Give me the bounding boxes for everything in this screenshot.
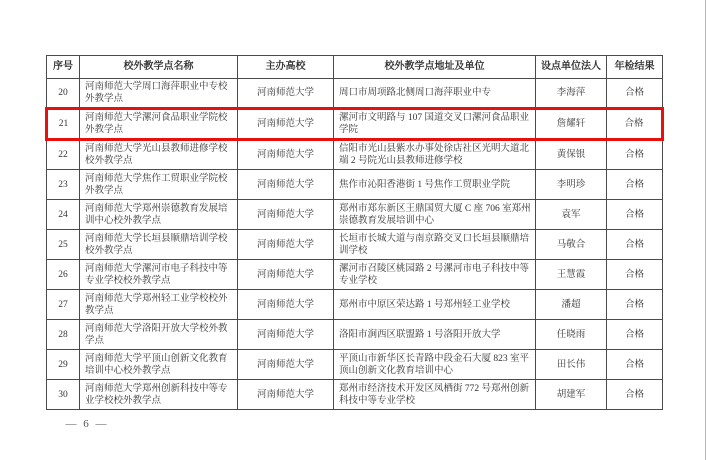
cell-result: 合格 xyxy=(607,170,663,200)
cell-name: 河南师范大学郑州轻工业学校校外教学点 xyxy=(80,290,238,320)
cell-num: 30 xyxy=(47,380,80,410)
table-row: 26河南师范大学漯河市电子科技中等专业学校校外教学点河南师范大学漯河市召陵区桃园… xyxy=(47,260,663,290)
cell-result: 合格 xyxy=(607,380,663,410)
table-body: 20河南师范大学周口海萍职业中专校外教学点河南师范大学周口市周项路北侧周口海萍职… xyxy=(47,79,663,410)
table-row: 24河南师范大学郑州崇德教育发展培训中心校外教学点河南师范大学郑州市郑东新区王鼎… xyxy=(47,200,663,230)
cell-university: 河南师范大学 xyxy=(238,170,334,200)
cell-num: 23 xyxy=(47,170,80,200)
cell-legal_person: 马敬合 xyxy=(536,230,607,260)
table-row: 23河南师范大学焦作工贸职业学院校外教学点河南师范大学焦作市沁阳香港街 1 号焦… xyxy=(47,170,663,200)
cell-address: 焦作市沁阳香港街 1 号焦作工贸职业学院 xyxy=(334,170,536,200)
cell-address: 信阳市光山县紫水办事处徐店社区光明大道北端 2 号院光山县教师进修学校 xyxy=(334,140,536,170)
cell-result: 合格 xyxy=(607,200,663,230)
cell-result: 合格 xyxy=(607,79,663,109)
cell-university: 河南师范大学 xyxy=(238,109,334,140)
cell-address: 郑州市郑东新区王鼎国贸大厦 C 座 706 室郑州崇德教育发展培训中心 xyxy=(334,200,536,230)
table-row: 20河南师范大学周口海萍职业中专校外教学点河南师范大学周口市周项路北侧周口海萍职… xyxy=(47,79,663,109)
cell-result: 合格 xyxy=(607,109,663,140)
cell-num: 22 xyxy=(47,140,80,170)
cell-address: 漯河市文明路与 107 国道交叉口漯河食品职业学院 xyxy=(334,109,536,140)
cell-university: 河南师范大学 xyxy=(238,79,334,109)
column-header-legal_person: 设点单位法人 xyxy=(536,56,607,79)
table-row: 22河南师范大学光山县教师进修学校校外教学点河南师范大学信阳市光山县紫水办事处徐… xyxy=(47,140,663,170)
cell-num: 28 xyxy=(47,320,80,350)
cell-name: 河南师范大学郑州崇德教育发展培训中心校外教学点 xyxy=(80,200,238,230)
cell-name: 河南师范大学平顶山创新文化教育培训中心校外教学点 xyxy=(80,350,238,380)
cell-university: 河南师范大学 xyxy=(238,230,334,260)
column-header-name: 校外教学点名称 xyxy=(80,56,238,79)
cell-legal_person: 任晓雨 xyxy=(536,320,607,350)
cell-legal_person: 田长伟 xyxy=(536,350,607,380)
cell-university: 河南师范大学 xyxy=(238,200,334,230)
document-page: 序号校外教学点名称主办高校校外教学点地址及单位设点单位法人年检结果 20河南师范… xyxy=(0,0,706,460)
cell-name: 河南师范大学洛阳开放大学校外教学点 xyxy=(80,320,238,350)
table-row: 25河南师范大学长垣县顺鼎培训学校校外教学点河南师范大学长垣市长城大道与南京路交… xyxy=(47,230,663,260)
column-header-address: 校外教学点地址及单位 xyxy=(334,56,536,79)
cell-result: 合格 xyxy=(607,140,663,170)
table-row: 28河南师范大学洛阳开放大学校外教学点河南师范大学洛阳市涧西区联盟路 1 号洛阳… xyxy=(47,320,663,350)
cell-legal_person: 李海萍 xyxy=(536,79,607,109)
table-row: 27河南师范大学郑州轻工业学校校外教学点河南师范大学郑州市中原区荣达路 1 号郑… xyxy=(47,290,663,320)
table-row: 29河南师范大学平顶山创新文化教育培训中心校外教学点河南师范大学平顶山市新华区长… xyxy=(47,350,663,380)
cell-num: 27 xyxy=(47,290,80,320)
cell-name: 河南师范大学光山县教师进修学校校外教学点 xyxy=(80,140,238,170)
cell-num: 20 xyxy=(47,79,80,109)
cell-legal_person: 黄保银 xyxy=(536,140,607,170)
cell-num: 24 xyxy=(47,200,80,230)
cell-legal_person: 潘超 xyxy=(536,290,607,320)
cell-num: 25 xyxy=(47,230,80,260)
cell-address: 平顶山市新华区长青路中段金石大厦 823 室平顶山创新文化教育培训中心 xyxy=(334,350,536,380)
column-header-university: 主办高校 xyxy=(238,56,334,79)
cell-university: 河南师范大学 xyxy=(238,140,334,170)
table-head: 序号校外教学点名称主办高校校外教学点地址及单位设点单位法人年检结果 xyxy=(47,56,663,79)
cell-result: 合格 xyxy=(607,350,663,380)
page-number: — 6 — xyxy=(52,418,122,430)
cell-legal_person: 李明珍 xyxy=(536,170,607,200)
cell-num: 29 xyxy=(47,350,80,380)
cell-result: 合格 xyxy=(607,260,663,290)
cell-address: 长垣市长城大道与南京路交叉口长垣县顺鼎培训学校 xyxy=(334,230,536,260)
cell-university: 河南师范大学 xyxy=(238,320,334,350)
cell-name: 河南师范大学周口海萍职业中专校外教学点 xyxy=(80,79,238,109)
cell-result: 合格 xyxy=(607,320,663,350)
cell-university: 河南师范大学 xyxy=(238,380,334,410)
cell-legal_person: 袁军 xyxy=(536,200,607,230)
table-row-highlighted: 21河南师范大学漯河食品职业学院校外教学点河南师范大学漯河市文明路与 107 国… xyxy=(47,109,663,140)
cell-name: 河南师范大学郑州创新科技中等专业学校校外教学点 xyxy=(80,380,238,410)
cell-name: 河南师范大学漯河食品职业学院校外教学点 xyxy=(80,109,238,140)
cell-legal_person: 胡建军 xyxy=(536,380,607,410)
cell-address: 郑州市经济技术开发区凤栖街 772 号郑州创新科技中等专业学校 xyxy=(334,380,536,410)
cell-result: 合格 xyxy=(607,290,663,320)
cell-num: 21 xyxy=(47,109,80,140)
cell-result: 合格 xyxy=(607,230,663,260)
cell-address: 郑州市中原区荣达路 1 号郑州轻工业学校 xyxy=(334,290,536,320)
cell-legal_person: 王慧霞 xyxy=(536,260,607,290)
column-header-result: 年检结果 xyxy=(607,56,663,79)
annual-inspection-table: 序号校外教学点名称主办高校校外教学点地址及单位设点单位法人年检结果 20河南师范… xyxy=(45,55,664,410)
cell-name: 河南师范大学焦作工贸职业学院校外教学点 xyxy=(80,170,238,200)
table-header-row: 序号校外教学点名称主办高校校外教学点地址及单位设点单位法人年检结果 xyxy=(47,56,663,79)
cell-legal_person: 詹耀轩 xyxy=(536,109,607,140)
cell-num: 26 xyxy=(47,260,80,290)
cell-name: 河南师范大学长垣县顺鼎培训学校校外教学点 xyxy=(80,230,238,260)
cell-address: 周口市周项路北侧周口海萍职业中专 xyxy=(334,79,536,109)
cell-address: 漯河市召陵区桃园路 2 号漯河市电子科技中等专业学校 xyxy=(334,260,536,290)
cell-name: 河南师范大学漯河市电子科技中等专业学校校外教学点 xyxy=(80,260,238,290)
cell-university: 河南师范大学 xyxy=(238,290,334,320)
cell-university: 河南师范大学 xyxy=(238,260,334,290)
table-row: 30河南师范大学郑州创新科技中等专业学校校外教学点河南师范大学郑州市经济技术开发… xyxy=(47,380,663,410)
cell-address: 洛阳市涧西区联盟路 1 号洛阳开放大学 xyxy=(334,320,536,350)
column-header-num: 序号 xyxy=(47,56,80,79)
cell-university: 河南师范大学 xyxy=(238,350,334,380)
